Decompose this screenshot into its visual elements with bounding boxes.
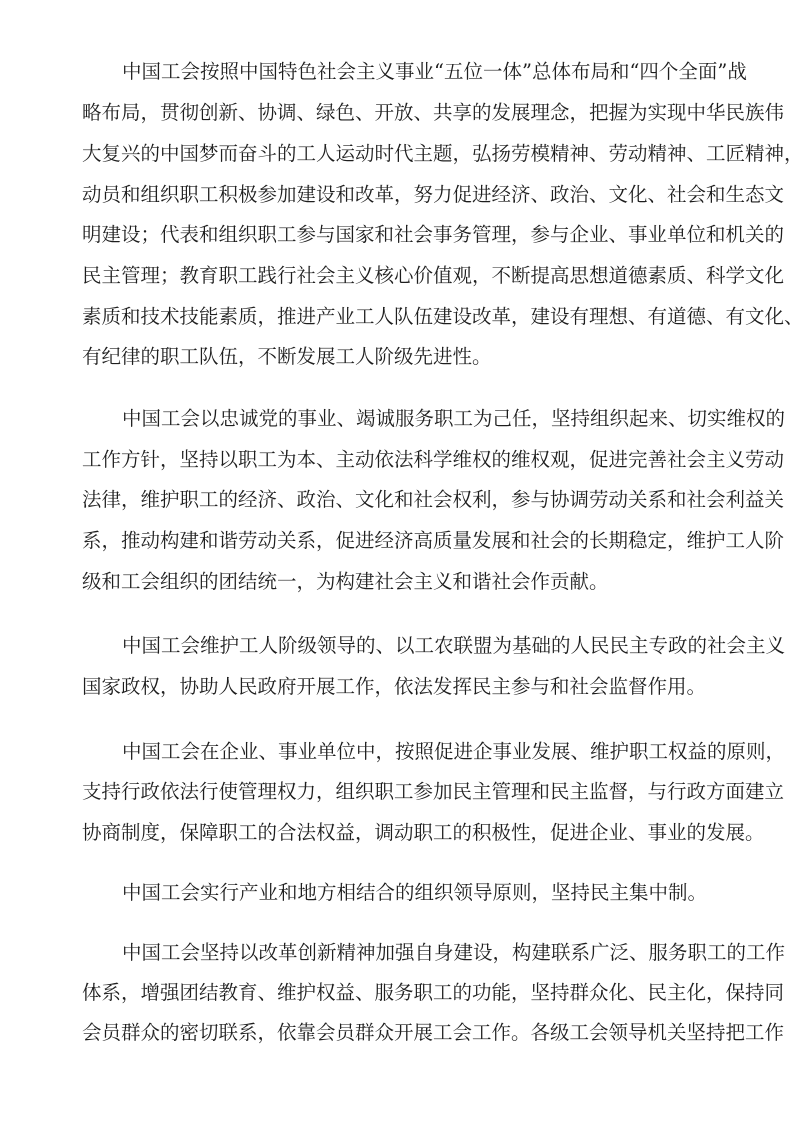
- paragraph-line: 中国工会实行产业和地方相结合的组织领导原则，坚持民主集中制。: [122, 878, 742, 908]
- paragraph-line: 有纪律的职工队伍，不断发展工人阶级先进性。: [82, 342, 742, 372]
- paragraph-line: 民主管理；教育职工践行社会主义核心价值观，不断提高思想道德素质、科学文化: [82, 261, 742, 291]
- paragraph-line: 中国工会坚持以改革创新精神加强自身建设，构建联系广泛、服务职工的工作: [122, 938, 742, 968]
- document-page: 中国工会按照中国特色社会主义事业“五位一体”总体布局和“四个全面”战 略布局，贯…: [0, 0, 793, 1122]
- paragraph-line: 工作方针，坚持以职工为本、主动依法科学维权的维权观，促进完善社会主义劳动: [82, 445, 742, 475]
- paragraph-line: 动员和组织职工积极参加建设和改革，努力促进经济、政治、文化、社会和生态文: [82, 180, 742, 210]
- paragraph-line: 素质和技术技能素质，推进产业工人队伍建设改革，建设有理想、有道德、有文化、: [82, 302, 742, 332]
- paragraph-line: 级和工会组织的团结统一，为构建社会主义和谐社会作贡献。: [82, 567, 742, 597]
- paragraph-line: 支持行政依法行使管理权力，组织职工参加民主管理和民主监督，与行政方面建立: [82, 777, 742, 807]
- paragraph-line: 略布局，贯彻创新、协调、绿色、开放、共享的发展理念，把握为实现中华民族伟: [82, 98, 742, 128]
- paragraph-line: 法律，维护职工的经济、政治、文化和社会权利，参与协调劳动关系和社会利益关: [82, 485, 742, 515]
- paragraph-line: 体系，增强团结教育、维护权益、服务职工的功能，坚持群众化、民主化，保持同: [82, 978, 742, 1008]
- paragraph-line: 系，推动构建和谐劳动关系，促进经济高质量发展和社会的长期稳定，维护工人阶: [82, 526, 742, 556]
- paragraph-line: 中国工会在企业、事业单位中，按照促进企事业发展、维护职工权益的原则，: [122, 737, 742, 767]
- paragraph-line: 协商制度，保障职工的合法权益，调动职工的积极性，促进企业、事业的发展。: [82, 818, 742, 848]
- paragraph-line: 中国工会维护工人阶级领导的、以工农联盟为基础的人民民主专政的社会主义: [122, 631, 742, 661]
- paragraph-line: 会员群众的密切联系，依靠会员群众开展工会工作。各级工会领导机关坚持把工作: [82, 1018, 742, 1048]
- paragraph-line: 明建设；代表和组织职工参与国家和社会事务管理，参与企业、事业单位和机关的: [82, 220, 742, 250]
- paragraph-line: 国家政权，协助人民政府开展工作，依法发挥民主参与和社会监督作用。: [82, 672, 742, 702]
- paragraph-line: 大复兴的中国梦而奋斗的工人运动时代主题，弘扬劳模精神、劳动精神、工匠精神，: [82, 139, 742, 169]
- paragraph-line: 中国工会按照中国特色社会主义事业“五位一体”总体布局和“四个全面”战: [122, 57, 742, 87]
- paragraph-line: 中国工会以忠诚党的事业、竭诚服务职工为己任，坚持组织起来、切实维权的: [122, 404, 742, 434]
